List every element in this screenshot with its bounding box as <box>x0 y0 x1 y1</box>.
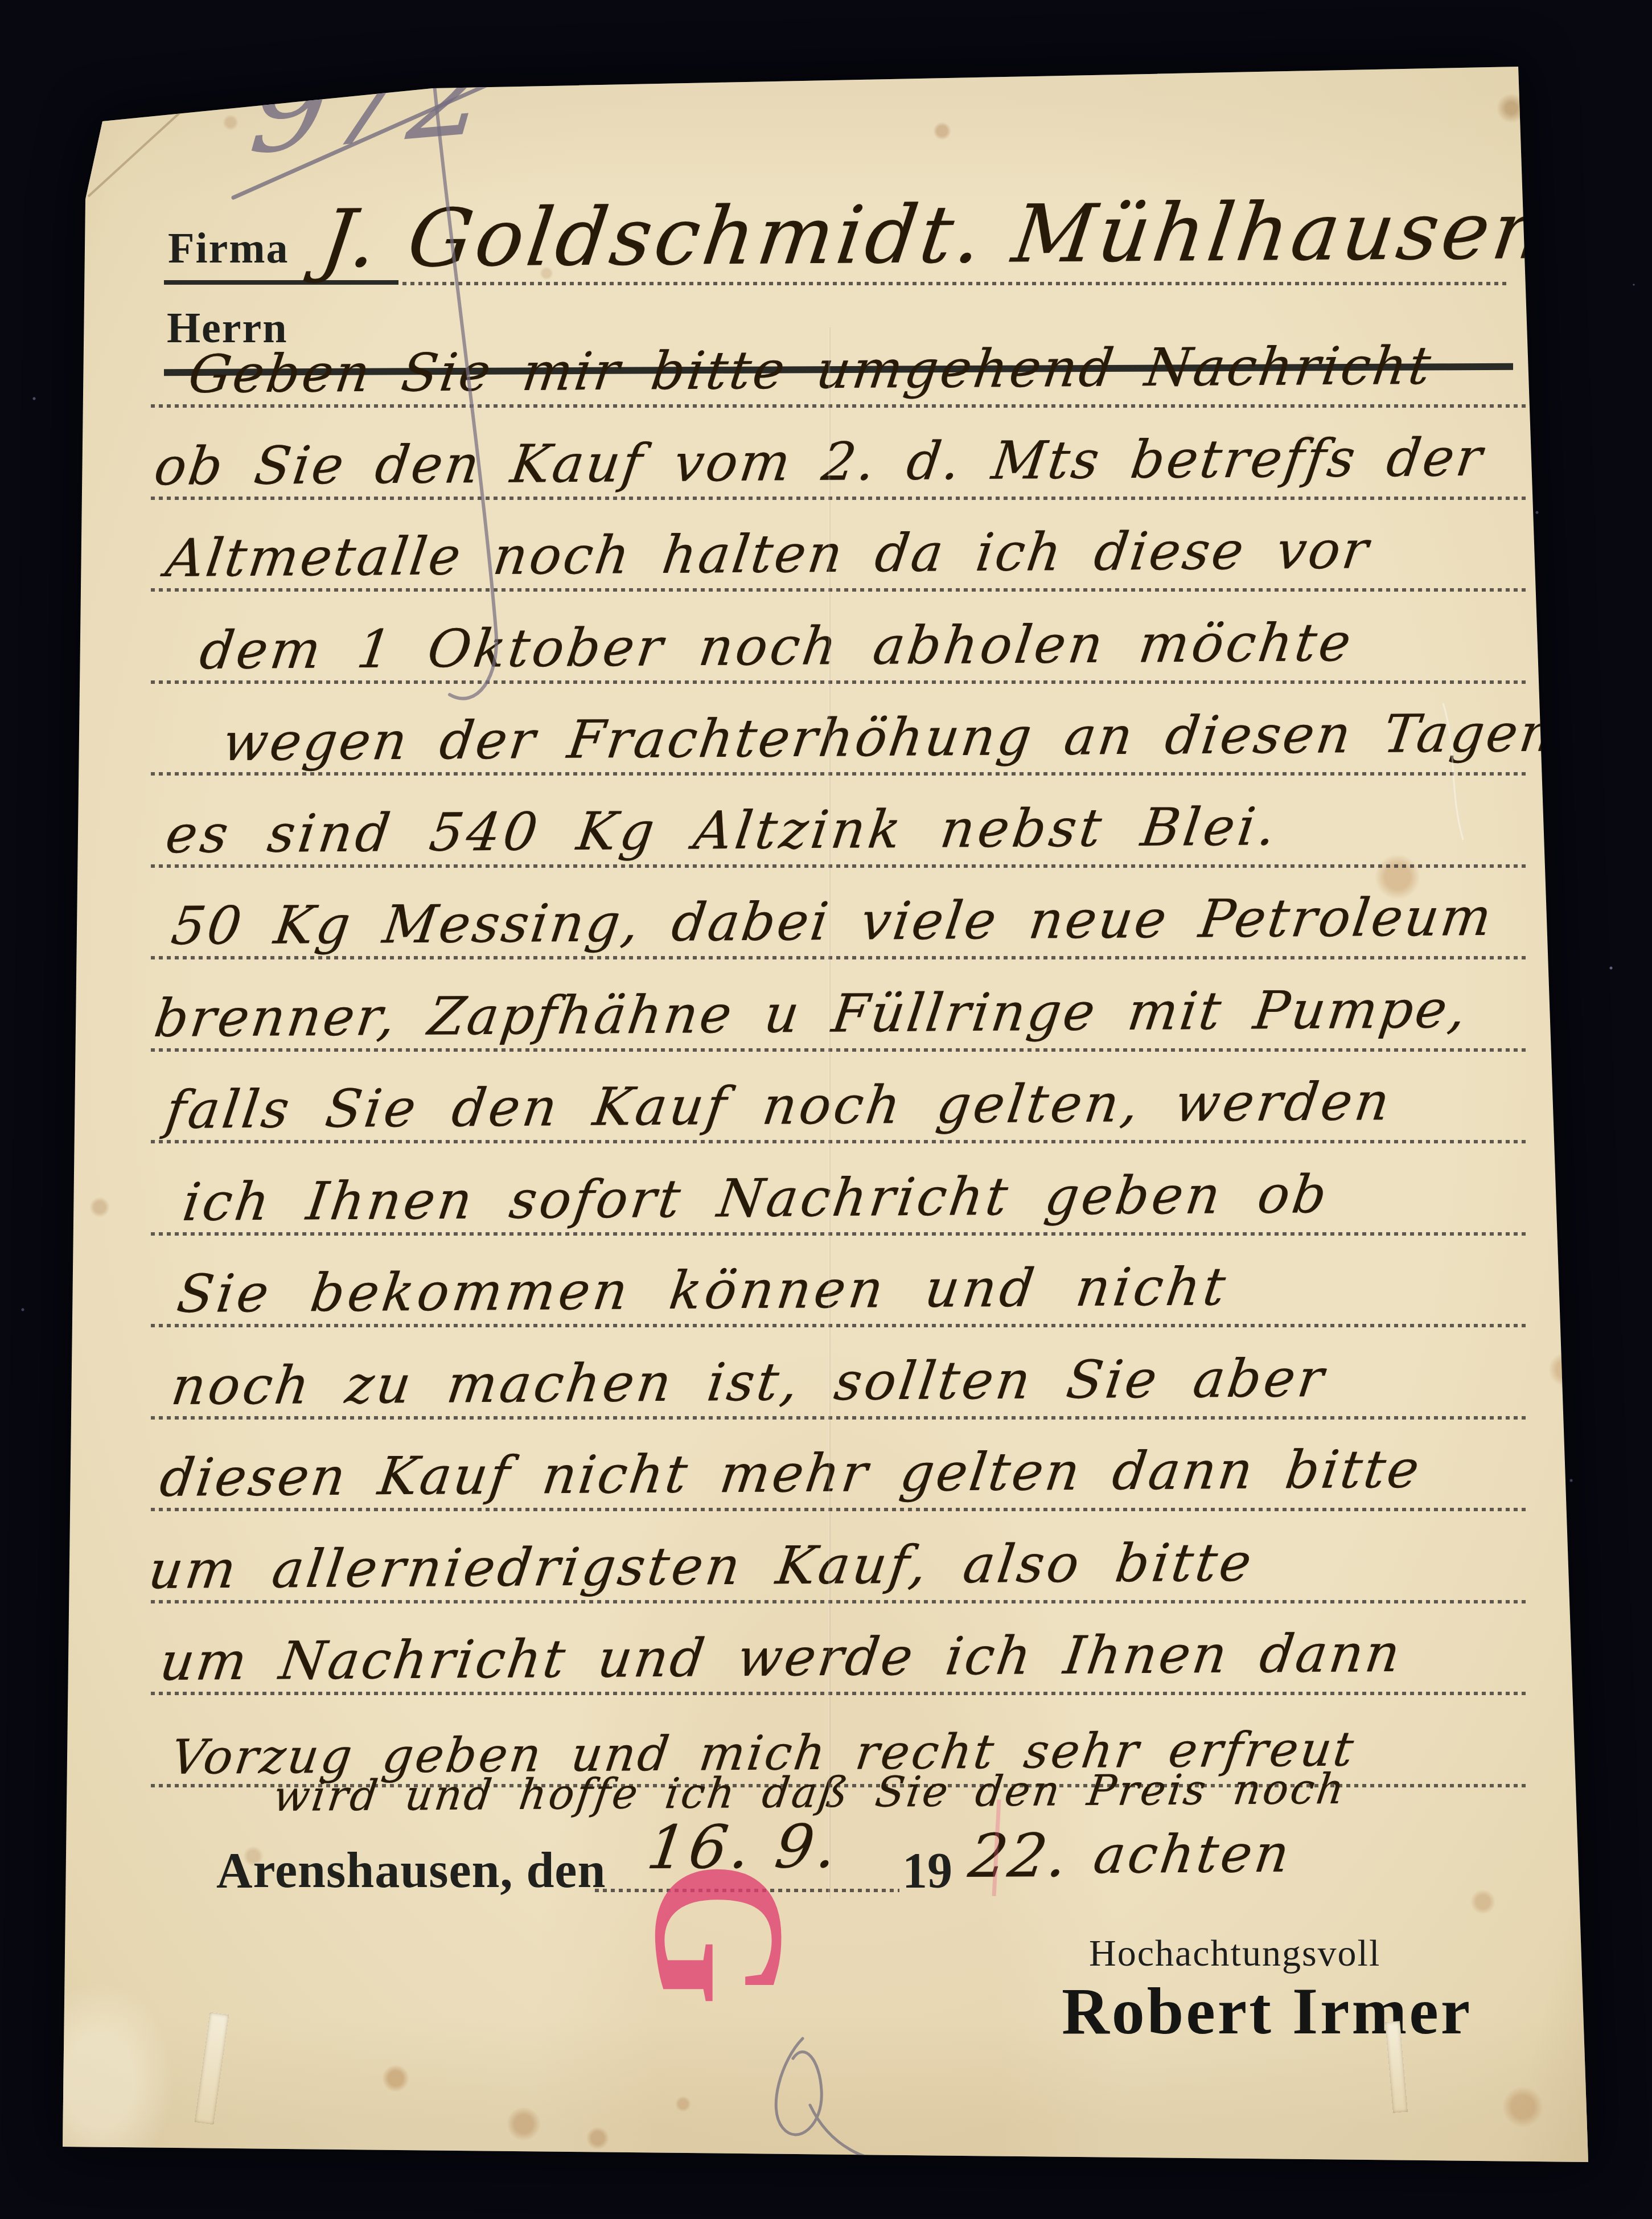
firma-label: Firma <box>168 224 289 273</box>
handwriting-line: um allerniedrigsten Kauf, also bitte <box>145 1532 1258 1600</box>
pencil-number: 972 <box>245 31 494 181</box>
handwriting-line: Geben Sie mir bitte umgehend Nachricht <box>185 336 1436 405</box>
center-fold-crease <box>828 327 831 1899</box>
writing-line <box>151 1048 1528 1052</box>
handwriting-line: falls Sie den Kauf noch gelten, werden <box>162 1072 1396 1141</box>
handwriting-line: 50 Kg Messing, dabei viele neue Petroleu… <box>168 887 1497 957</box>
writing-line <box>151 864 1528 868</box>
handwriting-line: ich Ihnen sofort Nachricht geben ob <box>179 1164 1333 1233</box>
date-trailing-word: achten <box>1090 1824 1296 1885</box>
signature: Robert Irmer <box>1062 1974 1472 2050</box>
handwriting-line: brenner, Zapfhähne u Füllringe mit Pumpe… <box>151 979 1472 1049</box>
handwriting-line: um Nachricht und werde ich Ihnen dann <box>157 1623 1406 1692</box>
recipient-name: J. Goldschmidt. Mühlhausen. <box>316 185 1583 285</box>
handwriting-line: wegen der Frachterhöhung an diesen Tagen <box>219 703 1560 773</box>
writing-line <box>151 1416 1528 1420</box>
writing-line <box>151 497 1528 500</box>
salutation: Hochachtungsvoll <box>1089 1932 1380 1975</box>
handwriting-line: Sie bekommen können und nicht <box>174 1257 1232 1324</box>
postcard-wrapper: 972 Firma Herrn J. Goldschmidt. Mühlhaus… <box>31 31 1625 2189</box>
handwriting-line: Altmetalle noch halten da ich diese vor <box>162 520 1374 589</box>
pink-stamp: G <box>606 1825 834 2041</box>
date-year-handwritten: 22. <box>965 1822 1072 1891</box>
postcard: 972 Firma Herrn J. Goldschmidt. Mühlhaus… <box>31 31 1625 2189</box>
writing-line <box>151 1140 1528 1143</box>
writing-line <box>151 1324 1528 1327</box>
writing-line <box>151 1600 1528 1603</box>
writing-line <box>151 588 1528 592</box>
writing-line <box>151 956 1528 959</box>
handwriting-line: es sind 540 Kg Altzink nebst Blei. <box>162 797 1283 864</box>
date-place-label: Arenshausen, den <box>216 1842 606 1900</box>
handwriting-line: noch zu machen ist, sollten Sie aber <box>168 1348 1330 1417</box>
writing-line <box>151 1692 1528 1695</box>
writing-line <box>151 680 1528 684</box>
writing-line <box>151 1508 1528 1511</box>
writing-line <box>151 1232 1528 1236</box>
handwriting-line: diesen Kauf nicht mehr gelten dann bitte <box>157 1439 1425 1508</box>
writing-line <box>151 772 1528 776</box>
handwriting-line: ob Sie den Kauf vom 2. d. Mts betreffs d… <box>151 428 1487 497</box>
writing-line <box>151 404 1528 408</box>
handwriting-line: dem 1 Oktober noch abholen möchte <box>196 613 1357 681</box>
date-year-printed: 19 <box>902 1842 952 1900</box>
